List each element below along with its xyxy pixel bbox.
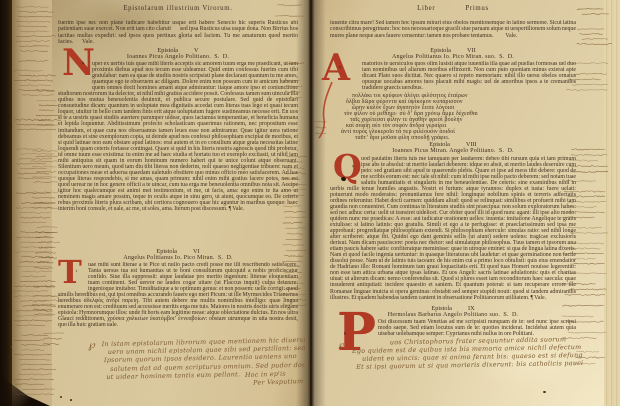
epistola-vii-salutation: Angelus Politianus Io. Pico Miran. suo. … [330,54,576,60]
epistola-vi-label: Epistola [156,248,177,255]
marginalia-scribble-gutter [283,60,305,100]
marginalia-scribble [30,284,62,316]
dropcap-spacer [330,61,362,87]
ink-speck [10,346,12,348]
epistola-viii-heading: EpistolaVIII [330,141,576,148]
epistola-viii-numeral: VIII [466,141,477,148]
book-spread-photo: Epistolarum illustrium Virorum. fuerim i… [0,0,620,406]
marginalia-scribble [30,148,60,210]
epistola-viii-text: uod paulatim literis tuis me tamquam per… [330,156,576,301]
marginalia-scribble-right [566,60,608,92]
epistola-vii-heading: EpistolaVII [330,47,576,54]
ink-speck [543,391,546,393]
epistola-viii-label: Epistola [429,141,450,148]
left-running-header: Epistolarum illustrium Virorum. [58,5,298,12]
marginalia-scribble [40,330,64,346]
marginalia-scribble-gutter [312,112,330,142]
right-handwritten-note: uos Christophorus frater sequuntur addit… [348,335,584,371]
epistola-viii-body: uod paulatim literis tuis me tamquam per… [330,156,576,304]
epistola-vii-numeral: VII [467,47,476,54]
epistola-ix-text: Ost discessum tuam Venetias ad me scrips… [378,319,576,337]
right-note-paragraph-mark: ℘ [337,340,344,350]
marginalia-scribble-right [572,348,606,366]
header-liber: Liber [417,5,435,12]
epistola-ix-label: Epistola [431,305,452,312]
epistola-vi-text: uae mihi sunt literae a te Pice ut nullo… [58,262,298,328]
marginalia-scribble [320,48,346,60]
left-note-paragraph-mark: ℘ [87,340,95,352]
epistola-ix-numeral: IX [468,305,475,312]
marginalia-scribble-right [560,270,608,340]
dropcap-spacer [58,61,92,87]
ink-speck [70,399,72,401]
epistola-v-text: uper ex uerbis tuis quae mihi literis ac… [58,61,298,212]
right-intro-paragraph: iuuente citra mare! Sed tamen hoc ipsum … [330,20,576,46]
epistola-vi-body: uae mihi sunt literae a te Pice ut nullo… [58,262,298,330]
ink-speck [60,396,62,398]
marginalia-scribble-gutter [282,148,307,313]
epistola-viii-salutation: Ioannes Picus Miran. Angelo Politiano. S… [330,148,576,154]
marginalia-scribble-right [568,146,610,174]
epistola-vi-heading: EpistolaVI [58,248,298,255]
marginalia-scribble-right [562,178,608,266]
epistola-v-numeral: V [194,47,199,54]
epistola-vi-salutation: Angelus Politianus Io. Pico Miran. S. D. [58,255,298,261]
marginalia-scribble [34,224,60,270]
marginalia-scribble-top [272,2,308,18]
epistola-vii-text: matorios te uersiculos quos olim lusisti… [362,61,576,91]
dropcap-spacer [58,262,88,288]
epistola-vii-body: matorios te uersiculos quos olim lusisti… [330,61,576,92]
right-running-header: Liber Primus [330,5,576,12]
epistola-v-body: uper ex uerbis tuis quae mihi literis ac… [58,61,298,244]
left-note-closing: Hoc in epˡis Per Vesputium [245,369,306,387]
marginalia-scribble [34,88,62,132]
epistola-vii-label: Epistola [430,47,451,54]
epistola-v-label: Epistola [157,47,178,54]
header-primus: Primus [465,5,488,12]
dropcap-spacer [330,319,378,340]
epistola-vi-numeral: VI [193,248,200,255]
marginalia-scribble-right [576,6,612,46]
